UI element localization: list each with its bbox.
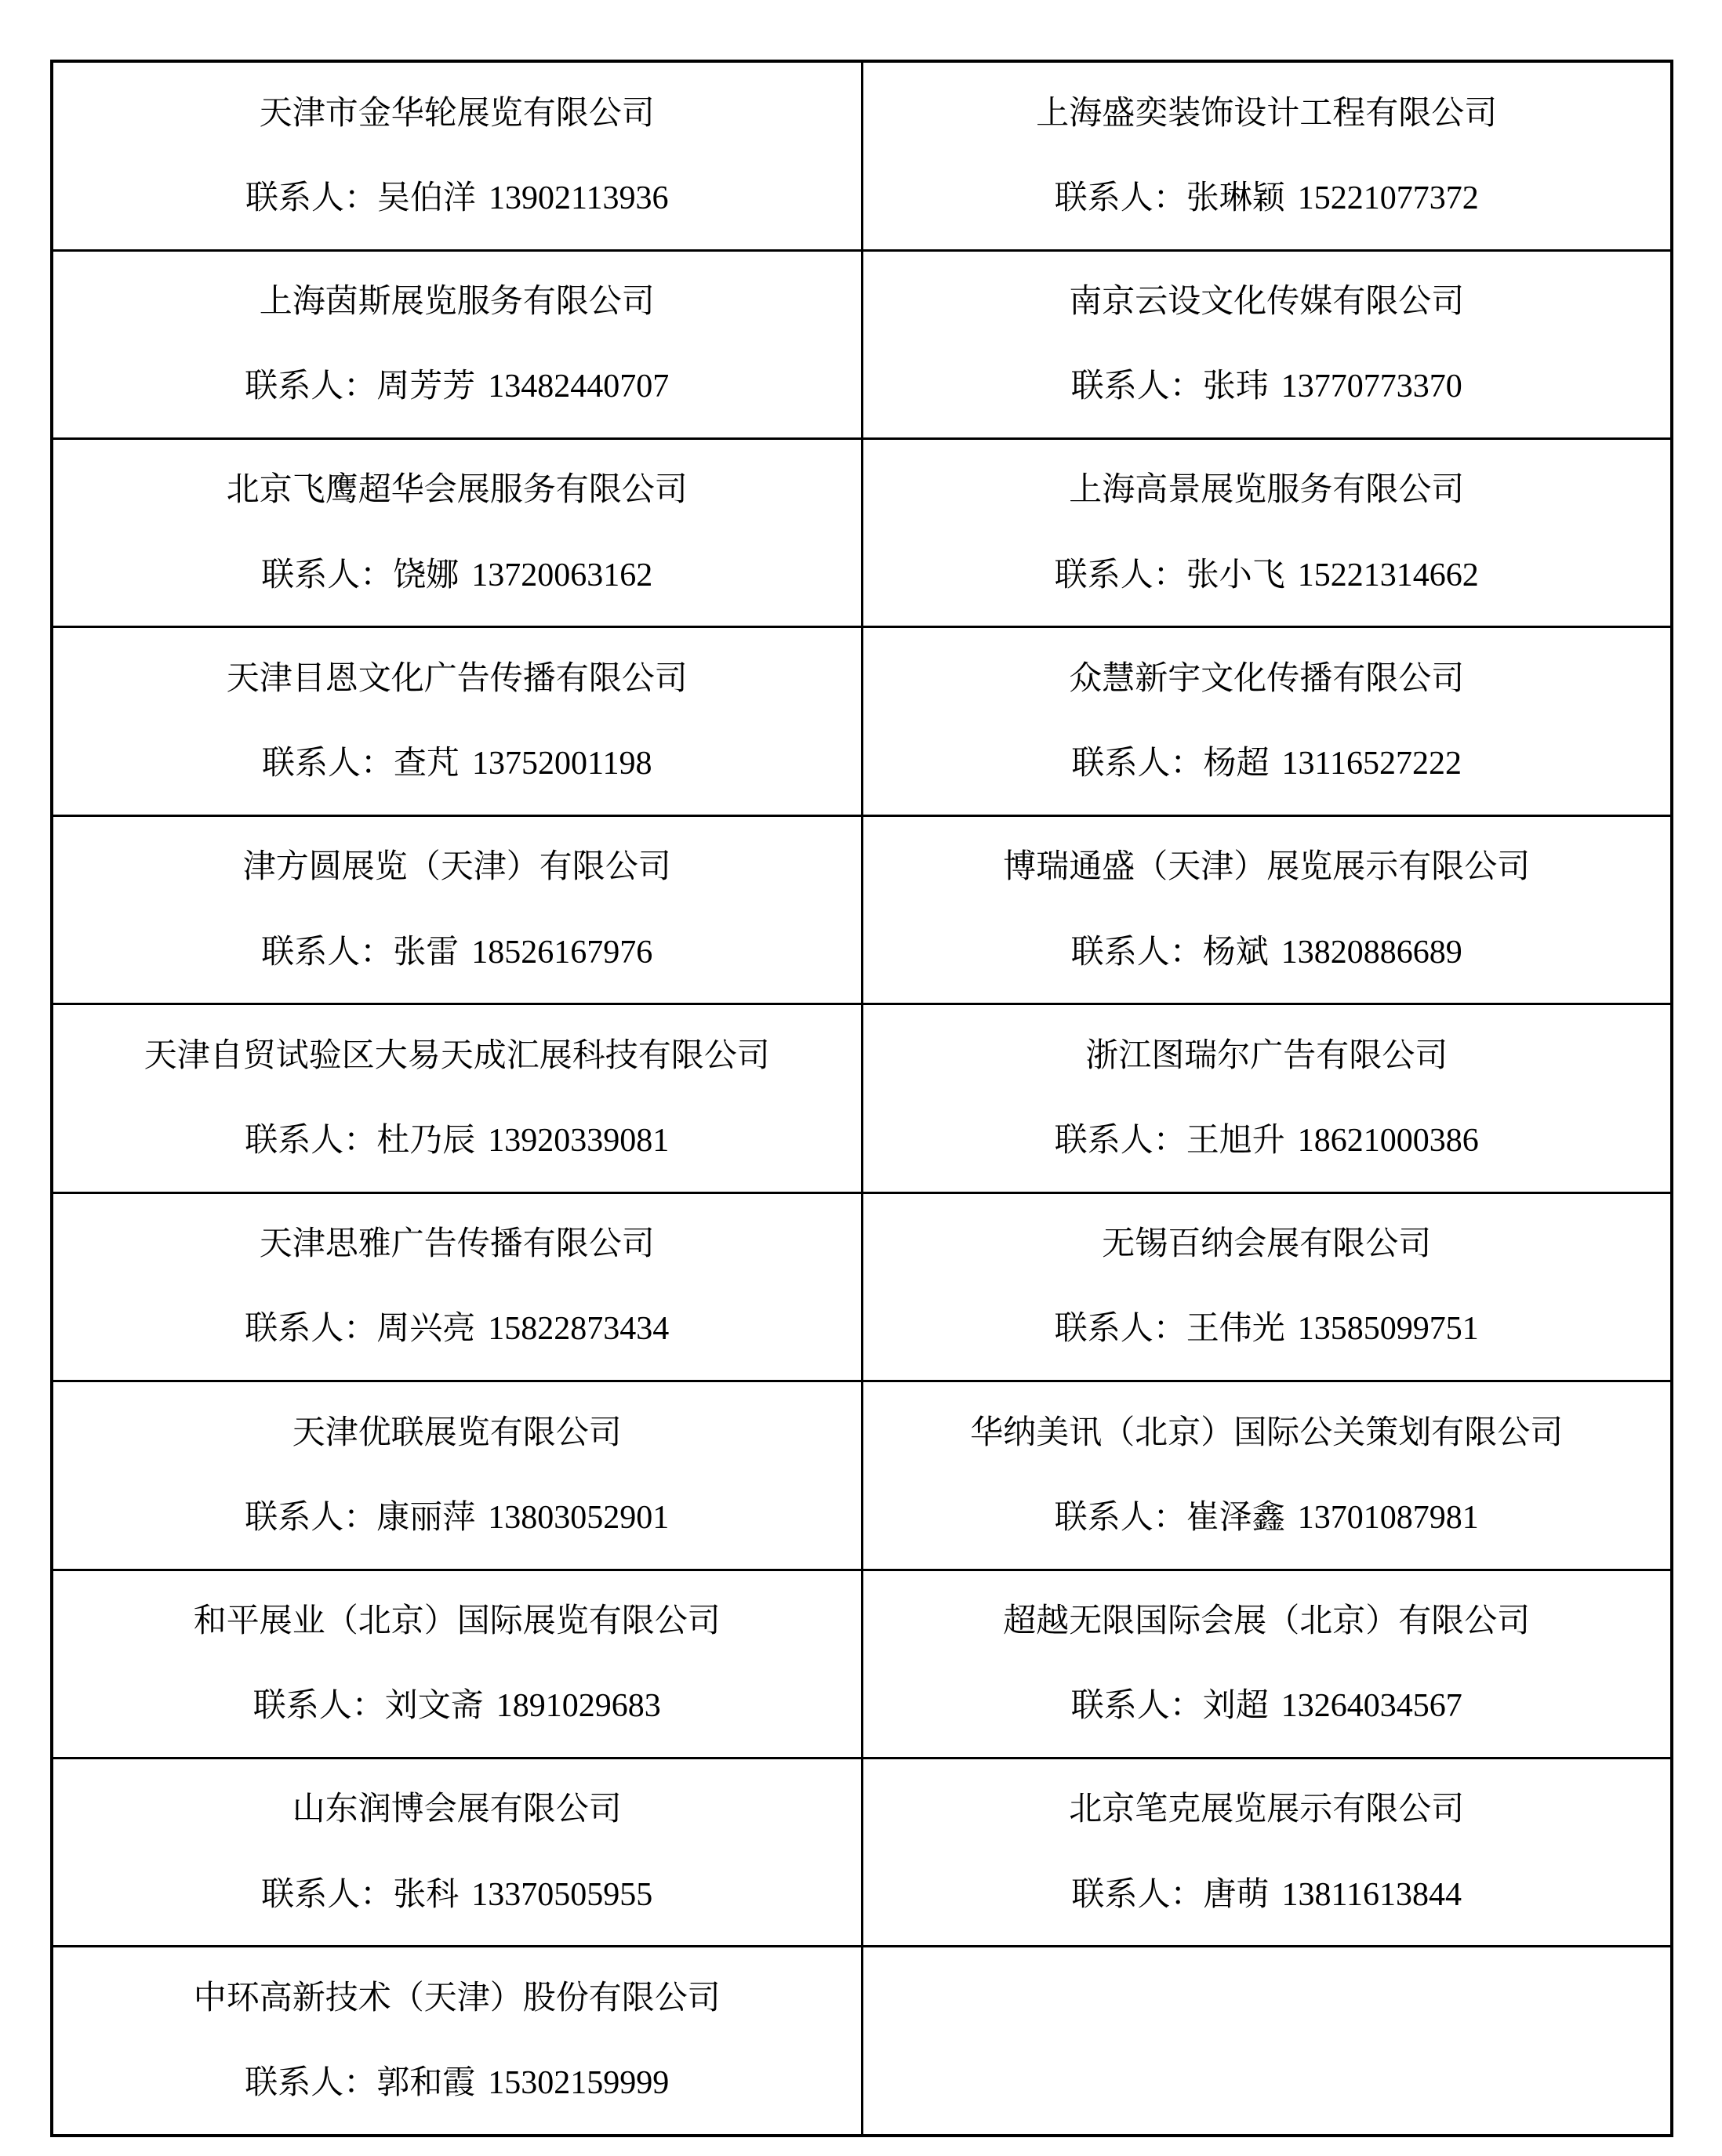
company-name: 上海盛奕装饰设计工程有限公司	[1036, 95, 1497, 132]
company-name: 天津市金华轮展览有限公司	[260, 95, 655, 132]
table-row: 上海茵斯展览服务有限公司 联系人：周芳芳13482440707 南京云设文化传媒…	[52, 250, 1672, 438]
cell-content: 上海盛奕装饰设计工程有限公司 联系人：张琳颖15221077372	[863, 95, 1671, 218]
contact-line: 联系人：刘文斋1891029683	[253, 1687, 661, 1725]
contact-label: 联系人：	[1055, 1500, 1186, 1536]
contact-phone: 13264034567	[1281, 1688, 1462, 1724]
cell-content: 和平展业（北京）国际展览有限公司 联系人：刘文斋1891029683	[53, 1602, 861, 1726]
table-cell: 南京云设文化传媒有限公司 联系人：张玮13770773370	[862, 250, 1672, 438]
contact-name: 康丽萍	[376, 1500, 475, 1536]
contact-phone: 13811613844	[1282, 1877, 1462, 1913]
cell-content: 北京笔克展览展示有限公司 联系人：唐萌13811613844	[863, 1791, 1671, 1914]
table-cell: 上海高景展览服务有限公司 联系人：张小飞15221314662	[862, 439, 1672, 627]
company-name: 众慧新宇文化传播有限公司	[1069, 660, 1464, 698]
contact-line: 联系人：杜乃辰13920339081	[245, 1122, 669, 1160]
table-cell: 华纳美讯（北京）国际公关策划有限公司 联系人：崔泽鑫13701087981	[862, 1381, 1672, 1570]
table-row: 山东润博会展有限公司 联系人：张科13370505955 北京笔克展览展示有限公…	[52, 1758, 1672, 1946]
contact-phone: 13370505955	[471, 1877, 652, 1913]
table-cell: 上海盛奕装饰设计工程有限公司 联系人：张琳颖15221077372	[862, 61, 1672, 250]
contact-label: 联系人：	[245, 180, 377, 216]
table-cell: 津方圆展览（天津）有限公司 联系人：张雷18526167976	[52, 815, 862, 1004]
contact-label: 联系人：	[245, 368, 376, 405]
table-cell: 北京飞鹰超华会展服务有限公司 联系人：饶娜13720063162	[52, 439, 862, 627]
contact-name: 周兴亮	[376, 1311, 475, 1347]
contact-label: 联系人：	[1072, 746, 1204, 782]
contact-phone: 15221077372	[1298, 180, 1479, 216]
company-name: 山东润博会展有限公司	[292, 1791, 622, 1828]
contact-line: 联系人：吴伯洋13902113936	[245, 180, 668, 217]
contact-line: 联系人：周兴亮15822873434	[245, 1310, 669, 1348]
contact-name: 饶娜	[393, 557, 459, 593]
table-row: 天津市金华轮展览有限公司 联系人：吴伯洋13902113936 上海盛奕装饰设计…	[52, 61, 1672, 250]
contact-phone: 13920339081	[488, 1123, 669, 1159]
company-name: 和平展业（北京）国际展览有限公司	[194, 1602, 721, 1640]
company-name: 津方圆展览（天津）有限公司	[243, 848, 671, 886]
contact-name: 张玮	[1203, 368, 1269, 405]
company-name: 无锡百纳会展有限公司	[1102, 1225, 1431, 1263]
contacts-table: 天津市金华轮展览有限公司 联系人：吴伯洋13902113936 上海盛奕装饰设计…	[50, 60, 1673, 2137]
contact-label: 联系人：	[245, 1311, 376, 1347]
table-cell: 天津市金华轮展览有限公司 联系人：吴伯洋13902113936	[52, 61, 862, 250]
table-row: 中环高新技术（天津）股份有限公司 联系人：郭和霞15302159999	[52, 1947, 1672, 2136]
contact-label: 联系人：	[1055, 1311, 1186, 1347]
contact-label: 联系人：	[261, 1877, 393, 1913]
contact-line: 联系人：王伟光13585099751	[1055, 1310, 1479, 1348]
contact-line: 联系人：张小飞15221314662	[1055, 557, 1479, 594]
cell-content: 山东润博会展有限公司 联系人：张科13370505955	[53, 1791, 861, 1914]
contact-name: 刘超	[1203, 1688, 1269, 1724]
contact-line: 联系人：饶娜13720063162	[261, 557, 652, 594]
contact-name: 周芳芳	[376, 368, 475, 405]
company-name: 博瑞通盛（天津）展览展示有限公司	[1003, 848, 1530, 886]
contact-line: 联系人：查芃13752001198	[262, 745, 652, 782]
contact-label: 联系人：	[253, 1688, 385, 1724]
contact-label: 联系人：	[1071, 368, 1203, 405]
contact-label: 联系人：	[245, 1123, 376, 1159]
table-row: 天津思雅广告传播有限公司 联系人：周兴亮15822873434 无锡百纳会展有限…	[52, 1192, 1672, 1381]
contact-phone: 13770773370	[1281, 368, 1462, 405]
table-cell: 天津目恩文化广告传播有限公司 联系人：查芃13752001198	[52, 627, 862, 815]
contact-phone: 18526167976	[471, 935, 652, 971]
cell-content: 博瑞通盛（天津）展览展示有限公司 联系人：杨斌13820886689	[863, 848, 1671, 971]
company-name: 中环高新技术（天津）股份有限公司	[194, 1980, 721, 2017]
table-cell: 上海茵斯展览服务有限公司 联系人：周芳芳13482440707	[52, 250, 862, 438]
contact-name: 王旭升	[1186, 1123, 1285, 1159]
contact-line: 联系人：张科13370505955	[261, 1876, 652, 1914]
table-cell: 天津优联展览有限公司 联系人：康丽萍13803052901	[52, 1381, 862, 1570]
contact-name: 杜乃辰	[376, 1123, 475, 1159]
contact-line: 联系人：王旭升18621000386	[1055, 1122, 1479, 1160]
contact-label: 联系人：	[262, 746, 394, 782]
company-name: 华纳美讯（北京）国际公关策划有限公司	[970, 1414, 1563, 1452]
contact-phone: 15221314662	[1298, 557, 1479, 593]
contact-name: 杨超	[1204, 746, 1270, 782]
contact-line: 联系人：唐萌13811613844	[1072, 1876, 1462, 1914]
contact-line: 联系人：周芳芳13482440707	[245, 368, 669, 405]
empty-cell	[862, 1947, 1672, 2136]
cell-content: 无锡百纳会展有限公司 联系人：王伟光13585099751	[863, 1225, 1671, 1348]
contact-line: 联系人：崔泽鑫13701087981	[1055, 1499, 1479, 1537]
contact-name: 吴伯洋	[377, 180, 476, 216]
cell-content: 浙江图瑞尔广告有限公司 联系人：王旭升18621000386	[863, 1037, 1671, 1160]
company-name: 上海茵斯展览服务有限公司	[260, 283, 655, 321]
company-name: 超越无限国际会展（北京）有限公司	[1003, 1602, 1530, 1640]
contact-name: 查芃	[394, 746, 460, 782]
cell-content: 华纳美讯（北京）国际公关策划有限公司 联系人：崔泽鑫13701087981	[863, 1414, 1671, 1537]
contact-phone: 13701087981	[1298, 1500, 1479, 1536]
company-name: 上海高景展览服务有限公司	[1069, 471, 1464, 509]
contact-name: 崔泽鑫	[1186, 1500, 1285, 1536]
cell-content: 南京云设文化传媒有限公司 联系人：张玮13770773370	[863, 283, 1671, 406]
contact-label: 联系人：	[261, 557, 393, 593]
contact-phone: 13803052901	[488, 1500, 669, 1536]
cell-content: 上海茵斯展览服务有限公司 联系人：周芳芳13482440707	[53, 283, 861, 406]
contact-line: 联系人：刘超13264034567	[1071, 1687, 1462, 1725]
cell-content: 北京飞鹰超华会展服务有限公司 联系人：饶娜13720063162	[53, 471, 861, 594]
contact-name: 张小飞	[1186, 557, 1285, 593]
contact-label: 联系人：	[1071, 1688, 1203, 1724]
table-cell: 博瑞通盛（天津）展览展示有限公司 联系人：杨斌13820886689	[862, 815, 1672, 1004]
company-name: 天津优联展览有限公司	[292, 1414, 622, 1452]
cell-content: 上海高景展览服务有限公司 联系人：张小飞15221314662	[863, 471, 1671, 594]
company-name: 南京云设文化传媒有限公司	[1069, 283, 1464, 321]
table-row: 和平展业（北京）国际展览有限公司 联系人：刘文斋1891029683 超越无限国…	[52, 1570, 1672, 1758]
contact-phone: 15822873434	[488, 1311, 669, 1347]
contact-line: 联系人：郭和霞15302159999	[245, 2064, 669, 2102]
contact-phone: 18621000386	[1298, 1123, 1479, 1159]
table-cell: 众慧新宇文化传播有限公司 联系人：杨超13116527222	[862, 627, 1672, 815]
contact-label: 联系人：	[245, 2065, 376, 2101]
company-name: 天津目恩文化广告传播有限公司	[227, 660, 688, 698]
contact-name: 张琳颖	[1186, 180, 1285, 216]
cell-content: 天津目恩文化广告传播有限公司 联系人：查芃13752001198	[53, 660, 861, 783]
contact-name: 张科	[393, 1877, 459, 1913]
cell-content: 中环高新技术（天津）股份有限公司 联系人：郭和霞15302159999	[53, 1980, 861, 2103]
contact-label: 联系人：	[245, 1500, 376, 1536]
table-cell: 无锡百纳会展有限公司 联系人：王伟光13585099751	[862, 1192, 1672, 1381]
contact-phone: 13820886689	[1281, 935, 1462, 971]
contact-name: 唐萌	[1204, 1877, 1270, 1913]
contact-label: 联系人：	[1055, 180, 1186, 216]
contact-phone: 13482440707	[488, 368, 669, 405]
table-cell: 北京笔克展览展示有限公司 联系人：唐萌13811613844	[862, 1758, 1672, 1946]
contact-line: 联系人：张琳颖15221077372	[1055, 180, 1479, 217]
contact-line: 联系人：杨超13116527222	[1072, 745, 1462, 782]
contact-name: 张雷	[393, 935, 459, 971]
table-cell: 中环高新技术（天津）股份有限公司 联系人：郭和霞15302159999	[52, 1947, 862, 2136]
contact-phone: 15302159999	[488, 2065, 669, 2101]
cell-content: 天津思雅广告传播有限公司 联系人：周兴亮15822873434	[53, 1225, 861, 1348]
table-row: 天津自贸试验区大易天成汇展科技有限公司 联系人：杜乃辰13920339081 浙…	[52, 1004, 1672, 1192]
contact-phone: 13585099751	[1298, 1311, 1479, 1347]
contact-line: 联系人：杨斌13820886689	[1071, 934, 1462, 971]
contact-line: 联系人：康丽萍13803052901	[245, 1499, 669, 1537]
table-cell: 和平展业（北京）国际展览有限公司 联系人：刘文斋1891029683	[52, 1570, 862, 1758]
company-name: 北京笔克展览展示有限公司	[1069, 1791, 1464, 1828]
contact-name: 王伟光	[1186, 1311, 1285, 1347]
contact-label: 联系人：	[1055, 1123, 1186, 1159]
company-name: 天津思雅广告传播有限公司	[260, 1225, 655, 1263]
contact-phone: 1891029683	[496, 1688, 661, 1724]
table-cell: 超越无限国际会展（北京）有限公司 联系人：刘超13264034567	[862, 1570, 1672, 1758]
table-row: 北京飞鹰超华会展服务有限公司 联系人：饶娜13720063162 上海高景展览服…	[52, 439, 1672, 627]
company-name: 天津自贸试验区大易天成汇展科技有限公司	[144, 1037, 770, 1075]
table-cell: 山东润博会展有限公司 联系人：张科13370505955	[52, 1758, 862, 1946]
company-name: 浙江图瑞尔广告有限公司	[1085, 1037, 1448, 1075]
contact-name: 杨斌	[1203, 935, 1269, 971]
contact-name: 刘文斋	[385, 1688, 484, 1724]
contact-label: 联系人：	[261, 935, 393, 971]
contact-name: 郭和霞	[376, 2065, 475, 2101]
contact-label: 联系人：	[1055, 557, 1186, 593]
cell-content: 天津市金华轮展览有限公司 联系人：吴伯洋13902113936	[53, 95, 861, 218]
contact-line: 联系人：张雷18526167976	[261, 934, 652, 971]
table-row: 天津优联展览有限公司 联系人：康丽萍13803052901 华纳美讯（北京）国际…	[52, 1381, 1672, 1570]
contact-line: 联系人：张玮13770773370	[1071, 368, 1462, 405]
contact-label: 联系人：	[1072, 1877, 1204, 1913]
cell-content: 天津优联展览有限公司 联系人：康丽萍13803052901	[53, 1414, 861, 1537]
contacts-table-body: 天津市金华轮展览有限公司 联系人：吴伯洋13902113936 上海盛奕装饰设计…	[52, 61, 1672, 2136]
contact-phone: 13752001198	[472, 746, 652, 782]
table-cell: 天津思雅广告传播有限公司 联系人：周兴亮15822873434	[52, 1192, 862, 1381]
table-cell: 天津自贸试验区大易天成汇展科技有限公司 联系人：杜乃辰13920339081	[52, 1004, 862, 1192]
cell-content: 众慧新宇文化传播有限公司 联系人：杨超13116527222	[863, 660, 1671, 783]
contact-phone: 13902113936	[489, 180, 668, 216]
table-row: 津方圆展览（天津）有限公司 联系人：张雷18526167976 博瑞通盛（天津）…	[52, 815, 1672, 1004]
cell-content: 天津自贸试验区大易天成汇展科技有限公司 联系人：杜乃辰13920339081	[53, 1037, 861, 1160]
contact-label: 联系人：	[1071, 935, 1203, 971]
cell-content: 津方圆展览（天津）有限公司 联系人：张雷18526167976	[53, 848, 861, 971]
contact-phone: 13720063162	[471, 557, 652, 593]
table-cell: 浙江图瑞尔广告有限公司 联系人：王旭升18621000386	[862, 1004, 1672, 1192]
contact-phone: 13116527222	[1282, 746, 1462, 782]
company-name: 北京飞鹰超华会展服务有限公司	[227, 471, 688, 509]
table-row: 天津目恩文化广告传播有限公司 联系人：查芃13752001198 众慧新宇文化传…	[52, 627, 1672, 815]
cell-content: 超越无限国际会展（北京）有限公司 联系人：刘超13264034567	[863, 1602, 1671, 1726]
